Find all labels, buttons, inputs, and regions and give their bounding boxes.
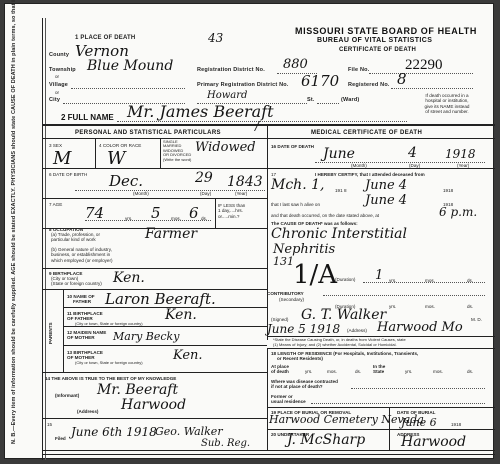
full-name-value: Mr. James Beeraft [127,102,274,121]
months-caption: mos. [327,369,337,374]
village-line [71,88,185,89]
date-of-death-year: 1918 [445,147,476,161]
filed-label: Filed [55,436,66,441]
secondary-label: (Secondary) [279,297,304,302]
board-title: MISSOURI STATE BOARD OF HEALTH [295,26,477,36]
date-of-death-label: 16 DATE OF DEATH [271,144,314,149]
less-than-line: or.....min.? [218,214,245,219]
former-residence-line: usual residence [271,399,306,404]
ward-line [317,103,339,104]
month-caption: (Month) [133,191,149,196]
attended-to-value: June 4 [365,178,407,193]
registered-number-label: Registered No. [348,82,390,88]
contributory-label: CONTRIBUTORY [267,291,304,296]
parents-label: PARENTS [48,322,53,344]
occupation-a-line: particular kind of work [51,237,100,242]
personal-heading: PERSONAL AND STATISTICAL PARTICULARS [75,130,221,136]
dob-month: Dec. [109,172,143,190]
rule [42,372,267,373]
place-of-death-heading: 1 PLACE OF DEATH [75,35,135,41]
former-residence-label: Former or usual residence [271,394,306,405]
death-occurred-text: and that death occurred, on the date sta… [271,213,379,218]
file-number-value: 22290 [405,57,443,74]
rule [267,348,495,349]
birthplace-hint: (City or town) (State or foreign country… [51,276,102,287]
in-state-label: In the State [373,364,385,375]
rule [63,326,267,327]
township-value: Blue Mound [87,58,173,74]
hospital-note-line: of street and number. [417,109,477,114]
occupation-b-label: (b) General nature of industry, business… [51,247,113,263]
side-note-text: N. B.—Every item of information should b… [11,24,18,444]
side-instructions: N. B.—Every item of information should b… [11,24,25,444]
medical-heading: MEDICAL CERTIFICATE OF DEATH [311,130,422,136]
duration-label: (Duration) [335,277,355,282]
stamp-number: 43 [208,31,223,45]
undertaker-value: J. McSharp [287,432,365,448]
rule [215,198,216,228]
rule [42,450,495,451]
months-caption: mos. [433,369,443,374]
registration-district-label: Registration District No. [197,67,265,73]
last-saw-text: that I last saw h alive on [271,202,320,207]
duration-value: 1 [375,268,383,283]
or-label-2: or [55,90,59,95]
burial-date-value: June 6 [401,416,437,429]
at-place-label: At place of death [271,364,289,375]
or-label: or [55,74,59,79]
former-residence-line [311,403,485,404]
sex-value: M [53,148,71,169]
registrar-title: Sub. Reg. [201,438,250,449]
street-label: St. [307,97,315,103]
left-border-line [42,18,43,460]
informant-value: Mr. Beeraft [97,382,178,398]
father-name-line: FATHER [67,299,95,304]
filed-number: 15 [47,422,52,427]
days-caption: ds. [467,304,473,309]
informant-label: (Informant) [55,393,79,398]
contributory-line [323,295,485,296]
rule [267,407,495,408]
duration-line [363,282,485,283]
day-caption: (Day) [200,191,211,196]
registered-number-line [391,88,473,89]
city-note: Howard [207,90,247,101]
certify-text: I HEREBY CERTIFY, that I attended deceas… [315,172,425,177]
occupation-b-line: which employed (or employer) [51,258,113,263]
township-label: Township [49,67,76,73]
birthplace-hint-line: (State or foreign country) [51,281,102,286]
bureau-subtitle: BUREAU OF VITAL STATISTICS [317,37,432,44]
filed-date-value: June 6th 1918 [71,425,157,439]
father-name-value: Laron Beeraft. [105,290,216,308]
rule [267,168,495,169]
mark-1: / [255,119,259,133]
birthplace-value: Ken. [113,270,145,286]
residence-heading-line: or Recent Residents) [271,356,418,361]
rule [63,289,64,372]
where-contracted-line: if not at place of death? [271,384,338,389]
date-of-death-day: 4 [408,145,417,161]
rule [42,418,267,419]
death-certificate: N. B.—Every item of information should b… [4,3,494,459]
registrar-signature: Geo. Walker [155,425,223,438]
undertaker-address-value: Harwood [401,434,466,450]
rule [267,429,495,430]
attended-to-year: 1918 [443,188,453,193]
informant-address-value: Harwood [121,397,186,413]
less-than-note: IF LESS than 1 day,....hrs. or.....min.? [218,203,245,219]
mother-birthplace-hint: (City or town, State or foreign country) [75,360,143,365]
rule [160,138,161,168]
cause-footnote: *State the Disease Causing Death, or, in… [273,338,406,347]
informant-address-label: (Address) [77,409,98,414]
attended-from-year: 191 8 [335,188,347,193]
occupation-a-label: (a) Trade, profession, or particular kin… [51,232,100,243]
father-birthplace-value: Ken. [165,307,197,323]
rule [42,168,267,169]
rule [267,138,495,139]
years-caption: yrs. [405,369,412,374]
md-label: M. D. [471,317,482,322]
death-occurred-time: 6 p.m. [439,205,477,219]
year-caption: (Year) [235,191,247,196]
file-number-label: File No. [348,67,369,73]
marital-options: SINGLE MARRIED WIDOWED OR DIVORCED (Writ… [163,140,191,162]
mother-name-line: OF MOTHER [67,335,106,340]
days-caption: ds. [467,369,473,374]
days-caption: ds. [355,369,361,374]
attended-from-value: Mch. 1, [271,177,324,193]
hospital-note: If death occurred in a hospital or insti… [417,93,477,115]
father-name-label: 10 NAME OF FATHER [67,294,95,305]
last-saw-value: June 4 [365,193,407,208]
signed-date: June 5 1918 [267,322,340,336]
cause-of-death-line1: Chronic Interstitial [271,226,407,242]
primary-district-value: 6170 [301,72,339,90]
primary-district-label: Primary Registration District No. [197,82,289,88]
physician-signature: G. T. Walker [301,307,386,323]
footnote-line: (1) Means of Injury; and (2) whether Acc… [273,343,406,348]
where-contracted-label: Where was disease contracted if not at p… [271,379,338,390]
mother-name-label: 12 MAIDEN NAME OF MOTHER [67,330,106,341]
cause-code: 131 [273,255,294,268]
full-name-label: 2 FULL NAME [61,113,114,122]
residence-heading: 18 LENGTH OF RESIDENCE (For Hospitals, I… [271,351,418,362]
county-label: County [49,52,69,58]
ward-label: (Ward) [341,97,359,103]
age-label: 7 AGE [49,202,62,207]
dob-label: 6 DATE OF BIRTH [49,172,87,177]
rule [42,268,267,269]
burial-year: 1918 [451,422,461,427]
physician-address-value: Harwood Mo [377,320,463,335]
date-of-death-month: June [323,146,355,162]
rule [63,345,267,346]
rule [42,138,267,139]
marital-status-value: Widowed [195,140,256,155]
rule [42,198,267,199]
physician-address-label: (Address) [347,328,367,333]
rule [95,138,96,168]
dob-year: 1843 [227,174,263,190]
registration-district-value: 880 [283,57,308,72]
rule [42,454,495,455]
section-divider [42,124,495,126]
informant-heading: 14 THE ABOVE IS TRUE TO THE BEST OF MY K… [45,376,176,381]
village-label: Village [49,82,68,88]
occupation-value: Farmer [145,226,197,242]
color-value: W [107,148,126,169]
left-border-line-inner [45,18,46,460]
burial-date-label: DATE OF BURIAL [397,410,435,415]
document-type: CERTIFICATE OF DEATH [339,47,416,53]
rule [267,348,268,450]
full-name-line [117,121,407,122]
classification-mark: 1/A [293,260,337,290]
dob-day: 29 [195,170,213,186]
mother-name-value: Mary Becky [113,330,179,343]
age-line [85,220,211,221]
in-state-line: State [373,369,385,374]
marital-hint: (Write the word) [163,158,191,162]
column-divider [267,124,268,340]
months-caption: mos. [425,304,435,309]
registered-number-value: 8 [397,70,407,88]
at-place-line: of death [271,369,289,374]
where-contracted-line [351,388,485,389]
mother-birthplace-value: Ken. [173,348,203,363]
file-number-line [369,73,473,74]
city-label: City [49,97,60,103]
years-caption: yrs. [305,369,312,374]
years-caption: yrs. [389,304,396,309]
